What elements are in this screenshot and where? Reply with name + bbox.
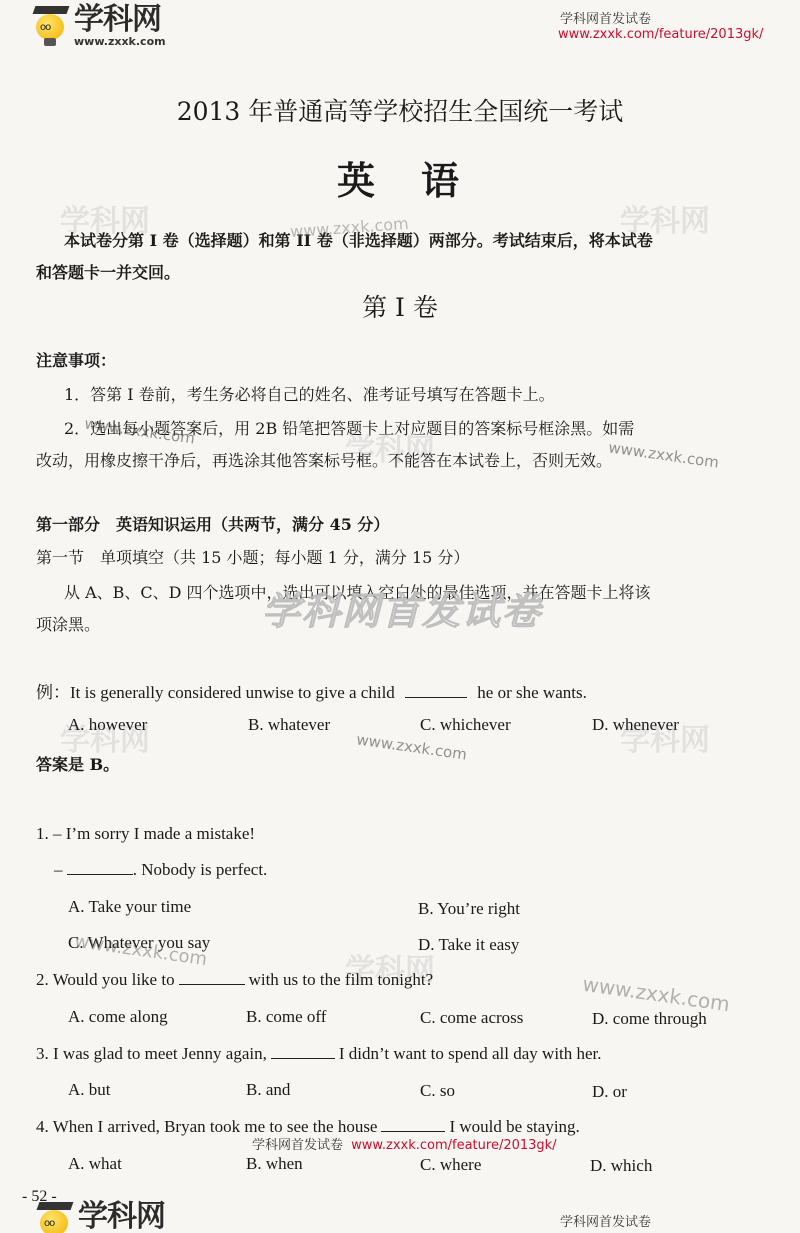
notice-item-2-cont: 改动，用橡皮擦干净后，再选涂其他答案标号框。不能答在本试卷上，否则无效。: [36, 448, 612, 471]
question-3-suffix: I didn’t want to spend all day with her.: [339, 1044, 602, 1063]
example-question: 例：It is generally considered unwise to g…: [36, 678, 587, 703]
example-option-b: B. whatever: [248, 715, 330, 735]
example-suffix: he or she wants.: [477, 683, 587, 702]
mid-footer-banner: 学科网首发试卷 www.zxxk.com/feature/2013gk/: [252, 1134, 557, 1153]
question-2-prefix: 2. Would you like to: [36, 970, 175, 989]
intro-text-cont: 和答题卡一并交回。: [36, 260, 180, 283]
question-3-prefix: 3. I was glad to meet Jenny again,: [36, 1044, 267, 1063]
mid-footer-label: 学科网首发试卷: [252, 1138, 343, 1153]
logo-text: 学科网: [74, 5, 166, 35]
question-2: 2. Would you like towith us to the film …: [36, 970, 433, 990]
q1-option-a: A. Take your time: [68, 897, 191, 917]
q4-option-d: D. which: [590, 1156, 652, 1176]
header-right: 学科网首发试卷 www.zxxk.com/feature/2013gk/: [560, 8, 763, 42]
logo-url: www.zxxk.com: [74, 35, 166, 48]
q3-option-c: C. so: [420, 1081, 455, 1101]
q3-option-d: D. or: [592, 1082, 627, 1102]
q1-option-d: D. Take it easy: [418, 935, 519, 955]
exam-title: 2013 年普通高等学校招生全国统一考试: [0, 92, 800, 128]
question-1-reply: – . Nobody is perfect.: [54, 860, 267, 880]
reply-dash: –: [54, 860, 63, 879]
section1-heading: 第一节 单项填空（共 15 小题；每小题 1 分，满分 15 分）: [36, 545, 469, 568]
notice-heading: 注意事项：: [36, 348, 116, 371]
q2-option-c: C. come across: [420, 1008, 523, 1028]
q2-option-a: A. come along: [68, 1007, 168, 1027]
example-prefix: 例：It is generally considered unwise to g…: [36, 683, 395, 702]
q4-option-a: A. what: [68, 1154, 122, 1174]
volume-title: 第 I 卷: [0, 288, 800, 324]
q2-option-d: D. come through: [592, 1009, 707, 1029]
watermark-url: www.zxxk.com: [355, 730, 468, 763]
mascot-icon: oo: [32, 4, 70, 48]
example-option-c: C. whichever: [420, 715, 511, 735]
q4-option-b: B. when: [246, 1154, 303, 1174]
question-3: 3. I was glad to meet Jenny again,I didn…: [36, 1044, 602, 1064]
watermark-banner: 学科网首发试卷: [262, 580, 542, 635]
example-answer: 答案是 B。: [36, 752, 119, 775]
q3-option-a: A. but: [68, 1080, 111, 1100]
example-option-a: A. however: [68, 715, 147, 735]
q4-option-c: C. where: [420, 1155, 481, 1175]
mid-footer-url-link[interactable]: www.zxxk.com/feature/2013gk/: [351, 1138, 556, 1153]
q2-option-b: B. come off: [246, 1007, 326, 1027]
answer-blank: [405, 683, 467, 698]
header-url-link[interactable]: www.zxxk.com/feature/2013gk/: [558, 27, 763, 42]
footer-logo[interactable]: oo 学科网: [36, 1200, 165, 1233]
answer-blank: [271, 1044, 335, 1059]
example-option-d: D. whenever: [592, 715, 679, 735]
header-label: 学科网首发试卷: [560, 8, 763, 27]
subject-title: 英 语: [0, 150, 800, 205]
mascot-icon: oo: [36, 1200, 74, 1233]
answer-blank: [67, 860, 133, 875]
part1-heading: 第一部分 英语知识运用（共两节，满分 45 分）: [36, 512, 389, 535]
footer-right-label: 学科网首发试卷: [560, 1211, 651, 1230]
question-1: 1. – I’m sorry I made a mistake!: [36, 824, 255, 844]
instruction-text-cont: 项涂黑。: [36, 612, 100, 635]
notice-item-1: 1．答第 I 卷前，考生务必将自己的姓名、准考证号填写在答题卡上。: [64, 382, 555, 405]
footer-logo-text: 学科网: [78, 1202, 165, 1232]
watermark-url: www.zxxk.com: [607, 438, 720, 471]
answer-blank: [381, 1117, 445, 1132]
answer-blank: [179, 970, 245, 985]
q1-option-b: B. You’re right: [418, 899, 520, 919]
site-logo[interactable]: oo 学科网 www.zxxk.com: [32, 4, 166, 48]
reply-suffix: . Nobody is perfect.: [133, 860, 268, 879]
q3-option-b: B. and: [246, 1080, 290, 1100]
question-2-suffix: with us to the film tonight?: [249, 970, 434, 989]
